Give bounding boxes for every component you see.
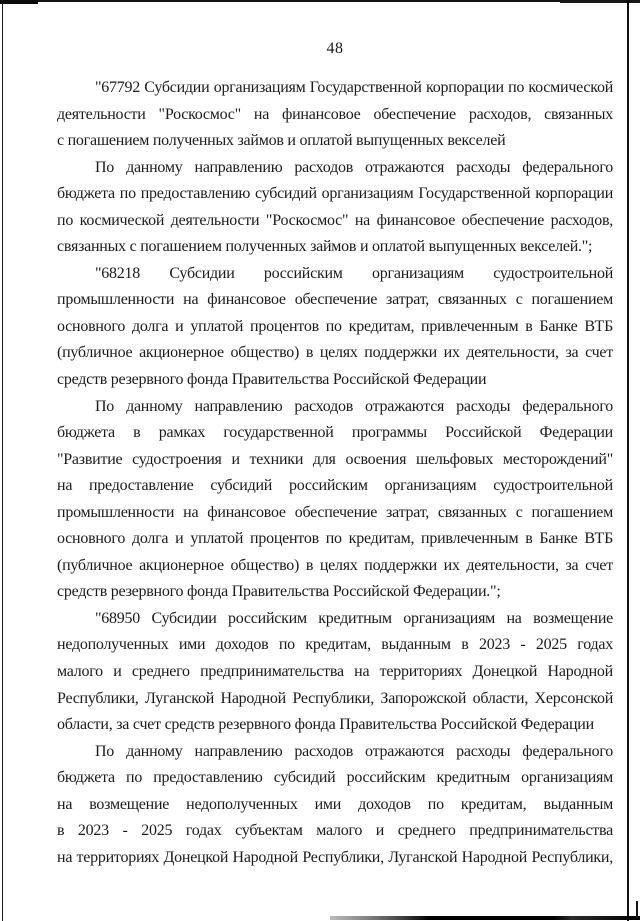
scan-edge-right [627,0,629,921]
text-line: области, за счет средств резервного фонд… [57,712,613,739]
text-line: недополученных ими доходов по кредитам, … [57,632,613,659]
text-line: средств резервного фонда Правительства Р… [57,579,613,606]
text-line: малого и среднего предпринимательства на… [57,659,613,686]
text-line: (публичное акционерное общество) в целях… [57,553,613,580]
text-line: на территориях Донецкой Народной Республ… [57,845,613,872]
text-line: бюджета по предоставлению субсидий орган… [57,181,613,208]
text-line: Республики, Луганской Народной Республик… [57,686,613,713]
text-line: По данному направлению расходов отражают… [57,155,613,182]
scan-edge-left [2,0,3,921]
text-line: По данному направлению расходов отражают… [57,394,613,421]
text-line: связанных с погашением полученных займов… [57,234,613,261]
text-line: в 2023 - 2025 годах субъектам малого и с… [57,818,613,845]
text-line: "68950 Субсидии российским кредитным орг… [57,606,613,633]
text-line: с погашением полученных займов и оплатой… [57,128,613,155]
paragraph-68218-heading: "68218 Субсидии российским организациям … [57,261,613,394]
text-line: по космической деятельности "Роскосмос" … [57,208,613,235]
text-line: бюджета в рамках государственной програм… [57,420,613,447]
scan-edge-bottom-tick [636,901,638,918]
text-line: По данному направлению расходов отражают… [57,739,613,766]
text-line: основного долга и уплатой процентов по к… [57,314,613,341]
paragraph-68950-description: По данному направлению расходов отражают… [57,739,613,872]
scan-edge-bottom-bar [330,916,640,920]
text-line: "68218 Субсидии российским организациям … [57,261,613,288]
text-line: средств резервного фонда Правительства Р… [57,367,613,394]
text-line: промышленности на финансовое обеспечение… [57,287,613,314]
document-text: "67792 Субсидии организациям Государстве… [57,75,613,871]
text-line: "Развитие судостроения и техники для осв… [57,447,613,474]
text-line: основного долга и уплатой процентов по к… [57,526,613,553]
paragraph-67792-description: По данному направлению расходов отражают… [57,155,613,261]
document-page: 48 "67792 Субсидии организациям Государс… [0,0,640,921]
text-line: на предоставление субсидий российским ор… [57,473,613,500]
scan-edge-top-left [0,0,38,4]
page-number: 48 [57,40,613,58]
paragraph-67792-heading: "67792 Субсидии организациям Государстве… [57,75,613,155]
text-line: промышленности на финансовое обеспечение… [57,500,613,527]
text-line: (публичное акционерное общество) в целях… [57,340,613,367]
scan-edge-top [0,0,640,2]
text-line: на возмещение недополученных ими доходов… [57,792,613,819]
text-line: бюджета по предоставлению субсидий росси… [57,765,613,792]
text-line: "67792 Субсидии организациям Государстве… [57,75,613,102]
paragraph-68950-heading: "68950 Субсидии российским кредитным орг… [57,606,613,739]
paragraph-68218-description: По данному направлению расходов отражают… [57,394,613,606]
text-line: деятельности "Роскосмос" на финансовое о… [57,102,613,129]
